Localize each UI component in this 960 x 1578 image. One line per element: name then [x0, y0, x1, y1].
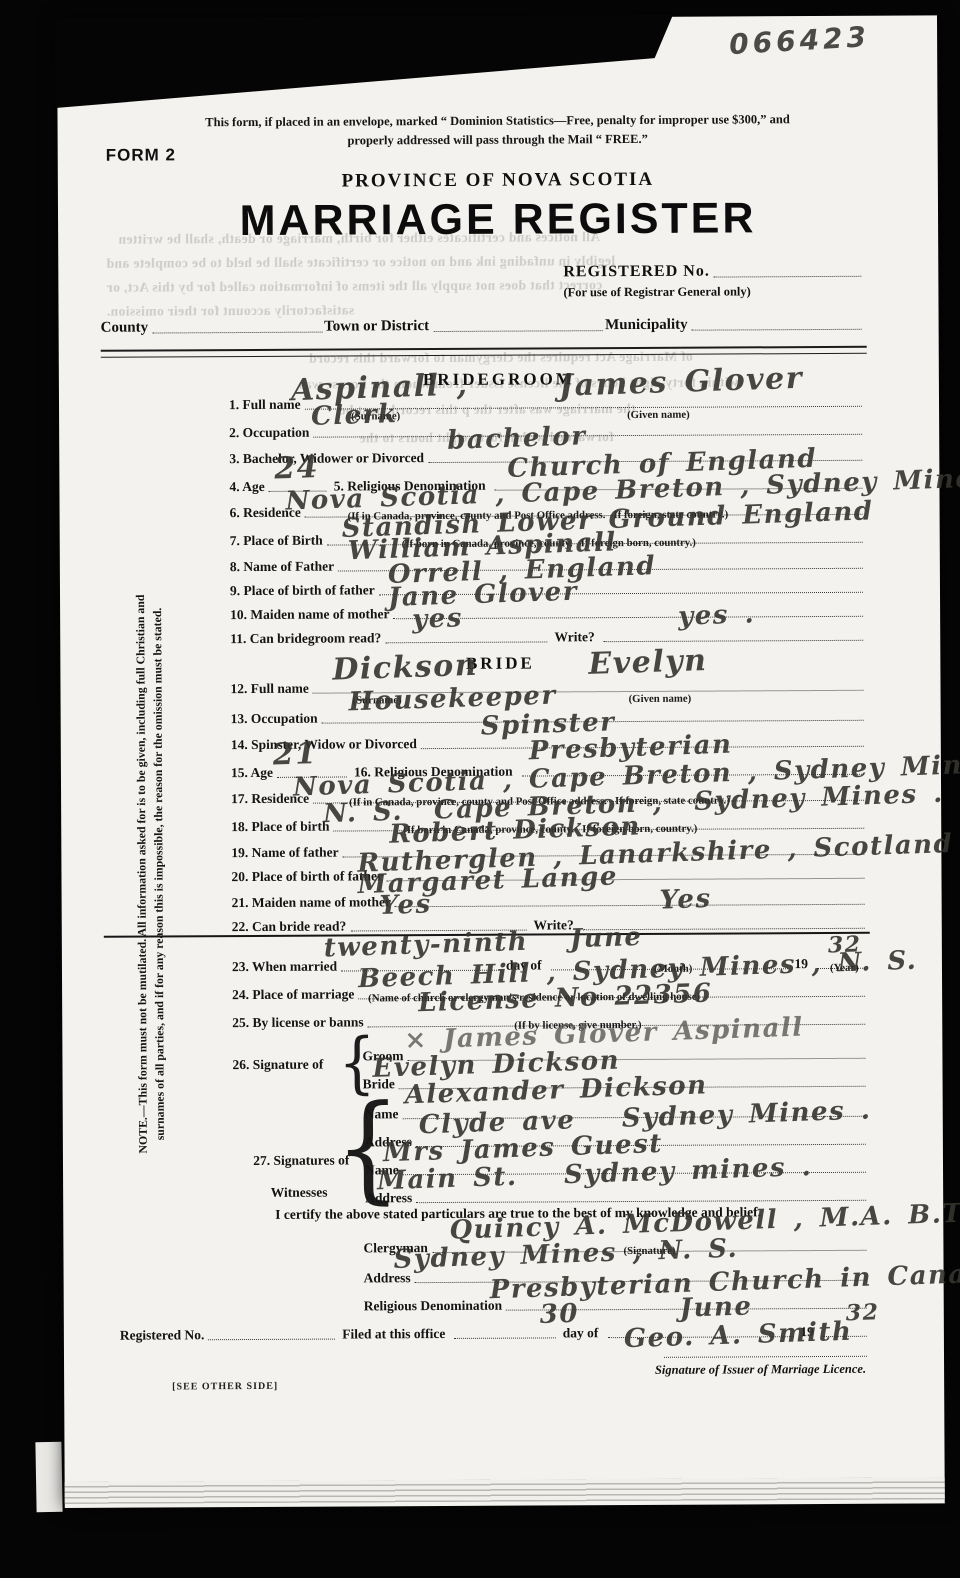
- handwritten-can-read-groom: yes: [412, 603, 464, 635]
- field-label: 4. Age: [229, 479, 264, 495]
- field-label: 8. Name of Father: [230, 559, 334, 576]
- document-number-handwritten: 066423: [728, 20, 871, 61]
- county-label: County: [101, 320, 149, 337]
- mail-note-line2: properly addressed will pass through the…: [347, 132, 647, 148]
- county-row: County Town or District Municipality: [101, 316, 864, 337]
- field-blank: [395, 902, 865, 907]
- field-label: 15. Age: [231, 765, 273, 781]
- filed-day-blank: [454, 1335, 555, 1339]
- handwritten-can-write-bride: Yes: [659, 884, 712, 916]
- field-label: 19. Name of father: [231, 845, 338, 862]
- county-blank: [152, 330, 322, 334]
- registered-blank: [208, 1337, 335, 1341]
- see-other-side-label: [SEE OTHER SIDE]: [172, 1381, 278, 1393]
- field-label: 18. Place of birth: [231, 819, 329, 836]
- bleed-text: satisfactorily account for their omissio…: [106, 302, 354, 319]
- bleed-text: correct that does not supply all the ite…: [106, 277, 602, 296]
- signature-of-label: 26. Signature of: [232, 1057, 342, 1074]
- field-label: 12. Full name: [230, 681, 308, 697]
- field-blank: [416, 1198, 866, 1203]
- field-blank: [393, 614, 863, 619]
- filed-label: Filed at this office: [337, 1326, 450, 1343]
- handwritten-issuer-signature: Geo. A. Smith: [623, 1317, 852, 1355]
- margin-note: NOTE.—This form must not be mutilated. A…: [132, 546, 169, 1201]
- scan-shadow-corner: [55, 15, 673, 108]
- marriage-register-page: All notices and certificates either for …: [57, 15, 945, 1508]
- registered-no-row: REGISTERED No.: [563, 262, 863, 282]
- handwritten-age-groom: 24: [274, 450, 320, 486]
- field-label: 23. When married: [232, 959, 337, 976]
- handwritten-wedding-month: June: [569, 922, 643, 954]
- margin-note-line2: surnames of all parties, and if for any …: [150, 608, 167, 1141]
- registered-no-label: Registered No.: [120, 1327, 205, 1343]
- bleed-text: legibly in unfading ink and no notice or…: [106, 253, 615, 272]
- read-blank: [385, 639, 547, 643]
- given-name-caption: (Given name): [627, 409, 690, 421]
- given-name-caption: (Given name): [629, 693, 692, 705]
- field-label: 10. Maiden name of mother: [230, 606, 389, 623]
- registered-no-label: REGISTERED No.: [563, 263, 710, 282]
- municipality-blank: [692, 327, 862, 331]
- form-number-label: FORM 2: [106, 145, 176, 165]
- mail-instruction-note: This form, if placed in an envelope, mar…: [147, 110, 847, 152]
- scanned-document: All notices and certificates either for …: [0, 0, 960, 1578]
- town-district-label: Town or District: [324, 318, 429, 336]
- handwritten-surname-bride: Dickson: [332, 648, 479, 688]
- page-stack-edges: [65, 1477, 945, 1504]
- field-label: 9. Place of birth of father: [230, 582, 375, 599]
- handwritten-filed-day: 30: [539, 1299, 579, 1330]
- field-label: 11. Can bridegroom read?: [230, 630, 381, 647]
- field-mother-bride: 21. Maiden name of mother: [232, 892, 867, 911]
- handwritten-marital-status-groom: bachelor: [447, 421, 587, 456]
- write-blank: [604, 638, 864, 642]
- field-can-read-groom: 11. Can bridegroom read? Write?: [230, 628, 865, 647]
- handwritten-occupation-groom: Clerk: [311, 399, 398, 432]
- field-label: 3. Bachelor, Widower or Divorced: [229, 450, 424, 467]
- field-label: 1. Full name: [229, 397, 301, 413]
- field-label: 7. Place of Birth: [230, 533, 323, 549]
- handwritten-can-write-groom: yes .: [678, 599, 756, 632]
- province-heading: PROVINCE OF NOVA SCOTIA: [58, 167, 938, 194]
- bride-heading: BRIDE: [60, 651, 940, 676]
- margin-note-line1: NOTE.—This form must not be mutilated. A…: [133, 595, 150, 1154]
- issuer-signature-blank: [664, 1354, 867, 1358]
- bridegroom-heading: BRIDEGROOM: [59, 367, 939, 392]
- handwritten-filed-month: June: [679, 1291, 753, 1323]
- handwritten-can-read-bride: Yes: [379, 889, 432, 921]
- handwritten-given-bride: Evelyn: [588, 643, 708, 682]
- witnesses-label-line2: Witnesses: [271, 1185, 328, 1200]
- issuer-signature-caption: Signature of Issuer of Marriage Licence.: [655, 1362, 866, 1378]
- page-title: MARRIAGE REGISTER: [58, 193, 938, 247]
- witnesses-label: 27. Signatures of Witnesses: [233, 1137, 345, 1218]
- write-label: Write?: [549, 629, 599, 645]
- field-label: 2. Occupation: [229, 425, 309, 441]
- handwritten-age-bride: 21: [272, 736, 318, 772]
- municipality-label: Municipality: [605, 317, 688, 334]
- mail-note-line1: This form, if placed in an envelope, mar…: [205, 112, 790, 129]
- field-label: 14. Spinster, Widow or Divorced: [231, 736, 417, 753]
- under-page-edge: [35, 1442, 62, 1512]
- field-label: 13. Occupation: [231, 711, 318, 727]
- field-issuer-signature: [660, 1354, 869, 1361]
- town-district-blank: [433, 328, 603, 332]
- registered-no-blank: [714, 274, 862, 278]
- denomination-label: Religious Denomination: [364, 1298, 502, 1315]
- registered-no-caption: (For use of Registrar General only): [563, 284, 750, 300]
- name-label: Name: [365, 1106, 399, 1122]
- field-blank: [313, 432, 862, 438]
- field-label: 24. Place of marriage: [232, 986, 354, 1003]
